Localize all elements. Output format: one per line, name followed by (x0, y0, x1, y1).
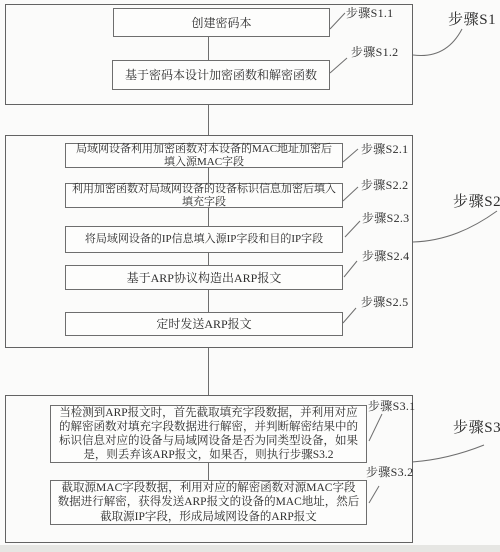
page-bottom-edge (0, 545, 500, 552)
step-text-s3-2: 截取源MAC字段数据，利用对应的解密函数对源MAC字段数据进行解密，获得发送AR… (56, 481, 361, 524)
step-label-s1-2: 步骤S1.2 (351, 46, 398, 59)
step-text-s2-5: 定时发送ARP报文 (156, 317, 251, 331)
step-label-s3-2: 步骤S3.2 (366, 466, 413, 479)
step-box-s1-2: 基于密码本设计加密函数和解密函数 (112, 60, 330, 90)
curve-leader-s2 (413, 211, 497, 242)
step-box-s2-4: 基于ARP协议构造出ARP报文 (65, 265, 343, 290)
group-label-s3: 步骤S3 (453, 420, 500, 436)
curve-leader-s3 (412, 445, 484, 462)
step-box-s2-1: 局域网设备利用加密函数对本设备的MAC地址加密后填入源MAC字段 (65, 143, 343, 168)
step-text-s1-1: 创建密码本 (191, 16, 251, 30)
step-text-s3-1: 当检测到ARP报文时，首先截取填充字段数据，并利用对应的解密函数对填充字段数据进… (56, 406, 361, 463)
step-box-s3-1: 当检测到ARP报文时，首先截取填充字段数据，并利用对应的解密函数对填充字段数据进… (50, 405, 367, 463)
step-text-s1-2: 基于密码本设计加密函数和解密函数 (125, 68, 317, 82)
step-label-s2-2: 步骤S2.2 (361, 179, 408, 192)
step-text-s2-4: 基于ARP协议构造出ARP报文 (127, 271, 282, 285)
step-text-s2-2: 利用加密函数对局域网设备的设备标识信息加密后填入填充字段 (71, 183, 337, 208)
step-label-s1-1: 步骤S1.1 (346, 7, 393, 20)
step-box-s2-5: 定时发送ARP报文 (65, 312, 343, 336)
step-box-s2-2: 利用加密函数对局域网设备的设备标识信息加密后填入填充字段 (65, 183, 343, 208)
step-text-s2-1: 局域网设备利用加密函数对本设备的MAC地址加密后填入源MAC字段 (71, 143, 337, 168)
step-label-s3-1: 步骤S3.1 (368, 400, 415, 413)
step-box-s2-3: 将局域网设备的IP信息填入源IP字段和目的IP字段 (65, 226, 343, 253)
step-label-s2-3: 步骤S2.3 (362, 212, 409, 225)
flowchart-canvas: 创建密码本 基于密码本设计加密函数和解密函数 步骤S1.1 步骤S1.2 步骤S… (0, 0, 500, 552)
group-label-s2: 步骤S2 (453, 194, 500, 210)
curve-leader-s1 (413, 29, 462, 56)
step-text-s2-3: 将局域网设备的IP信息填入源IP字段和目的IP字段 (85, 233, 323, 246)
step-box-s1-1: 创建密码本 (113, 8, 330, 37)
step-label-s2-5: 步骤S2.5 (361, 296, 408, 309)
group-label-s1: 步骤S1 (448, 12, 496, 28)
step-label-s2-4: 步骤S2.4 (362, 250, 409, 263)
step-box-s3-2: 截取源MAC字段数据，利用对应的解密函数对源MAC字段数据进行解密，获得发送AR… (50, 480, 367, 525)
step-label-s2-1: 步骤S2.1 (361, 143, 408, 156)
